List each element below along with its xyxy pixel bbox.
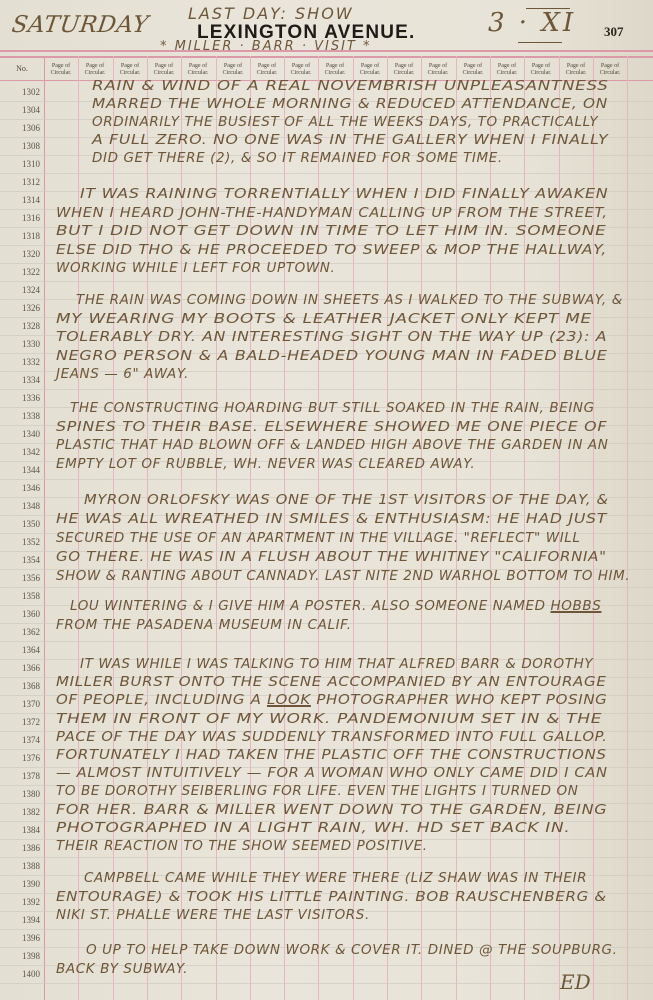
date-underline [518, 42, 562, 43]
row-number: 1376 [12, 753, 40, 763]
handwritten-line: DID GET THERE (2), & SO IT REMAINED FOR … [92, 150, 503, 166]
row-number: 1312 [12, 177, 40, 187]
row-number: 1372 [12, 717, 40, 727]
row-line [0, 983, 653, 984]
header-rule-top [0, 50, 653, 52]
handwritten-line: NIKI ST. PHALLE WERE THE LAST VISITORS. [56, 907, 370, 923]
column-header-page-of-circular: Page ofCircular. [456, 59, 490, 80]
column-header-page-of-circular: Page ofCircular. [387, 59, 421, 80]
handwritten-line: ORDINARILY THE BUSIEST OF ALL THE WEEKS … [92, 114, 598, 130]
row-number: 1366 [12, 663, 40, 673]
column-line [44, 56, 45, 1000]
row-number: 1346 [12, 483, 40, 493]
row-number: 1370 [12, 699, 40, 709]
column-header-page-of-circular: Page ofCircular. [250, 59, 284, 80]
handwritten-line: WHEN I HEARD JOHN-THE-HANDYMAN CALLING U… [56, 205, 608, 221]
row-number: 1324 [12, 285, 40, 295]
handwritten-line: JEANS — 6" AWAY. [56, 366, 189, 382]
row-number: 1328 [12, 321, 40, 331]
header-note-top: LAST DAY: SHOW [188, 4, 354, 23]
underlined-word: LOOK [267, 692, 311, 708]
handwritten-line: RAIN & WIND OF A REAL NOVEMBRISH UNPLEAS… [92, 78, 609, 94]
row-number: 1386 [12, 843, 40, 853]
column-line [78, 56, 79, 1000]
row-number: 1374 [12, 735, 40, 745]
row-number: 1314 [12, 195, 40, 205]
handwritten-line: WORKING WHILE I LEFT FOR UPTOWN. [56, 260, 335, 276]
row-number: 1350 [12, 519, 40, 529]
row-number: 1392 [12, 897, 40, 907]
row-number: 1318 [12, 231, 40, 241]
row-number: 1400 [12, 969, 40, 979]
handwritten-line: THE CONSTRUCTING HOARDING BUT STILL SOAK… [70, 400, 595, 416]
handwritten-line: IT WAS RAINING TORRENTIALLY WHEN I DID F… [80, 186, 608, 202]
handwritten-line: THE RAIN WAS COMING DOWN IN SHEETS AS I … [76, 292, 623, 308]
handwritten-line: OF PEOPLE, INCLUDING A LOOK PHOTOGRAPHER… [56, 692, 607, 708]
row-number: 1334 [12, 375, 40, 385]
handwritten-line: NEGRO PERSON & A BALD-HEADED YOUNG MAN I… [56, 348, 608, 364]
row-number: 1348 [12, 501, 40, 511]
row-line [0, 929, 653, 930]
column-header-page-of-circular: Page ofCircular. [593, 59, 627, 80]
row-line [0, 857, 653, 858]
signature: ED [560, 970, 591, 994]
row-number: 1364 [12, 645, 40, 655]
handwritten-line: ENTOURAGE) & TOOK HIS LITTLE PAINTING. B… [56, 889, 607, 905]
column-header-row: No.Page ofCircular.Page ofCircular.Page … [0, 59, 653, 80]
header-rule-mid [0, 56, 653, 58]
column-header-page-of-circular: Page ofCircular. [524, 59, 558, 80]
handwritten-line: BUT I DID NOT GET DOWN IN TIME TO LET HI… [56, 223, 607, 239]
row-number: 1384 [12, 825, 40, 835]
row-line [0, 281, 653, 282]
handwritten-line: LOU WINTERING & I GIVE HIM A POSTER. ALS… [70, 598, 601, 614]
handwritten-line: HE WAS ALL WREATHED IN SMILES & ENTHUSIA… [56, 511, 607, 527]
row-number: 1382 [12, 807, 40, 817]
row-number: 1368 [12, 681, 40, 691]
handwritten-line: O UP TO HELP TAKE DOWN WORK & COVER IT. … [86, 942, 618, 958]
column-line [627, 56, 628, 1000]
column-header-page-of-circular: Page ofCircular. [44, 59, 78, 80]
date-overline [526, 8, 570, 9]
row-number: 1356 [12, 573, 40, 583]
handwritten-line: TO BE DOROTHY SEIBERLING FOR LIFE. EVEN … [56, 783, 578, 799]
column-header-page-of-circular: Page ofCircular. [78, 59, 112, 80]
row-line [0, 587, 653, 588]
handwritten-line: FROM THE PASADENA MUSEUM IN CALIF. [56, 617, 352, 633]
row-number: 1320 [12, 249, 40, 259]
handwritten-line: MILLER BURST ONTO THE SCENE ACCOMPANIED … [56, 674, 606, 690]
column-header-page-of-circular: Page ofCircular. [318, 59, 352, 80]
column-header-page-of-circular: Page ofCircular. [284, 59, 318, 80]
row-number: 1308 [12, 141, 40, 151]
date: 3 · XI [488, 8, 576, 38]
row-number: 1340 [12, 429, 40, 439]
column-header-page-of-circular: Page ofCircular. [421, 59, 455, 80]
row-number: 1380 [12, 789, 40, 799]
handwritten-line: ELSE DID THO & HE PROCEEDED TO SWEEP & M… [56, 242, 607, 258]
day-heading: SATURDAY [10, 12, 150, 38]
row-number: 1390 [12, 879, 40, 889]
handwritten-line: — ALMOST INTUITIVELY — FOR A WOMAN WHO O… [56, 765, 608, 781]
handwritten-line: FOR HER. BARR & MILLER WENT DOWN TO THE … [56, 802, 607, 818]
handwritten-line: MARRED THE WHOLE MORNING & REDUCED ATTEN… [92, 96, 608, 112]
handwritten-line: THEIR REACTION TO THE SHOW SEEMED POSITI… [56, 838, 428, 854]
row-number: 1360 [12, 609, 40, 619]
row-number: 1358 [12, 591, 40, 601]
handwritten-line: SECURED THE USE OF AN APARTMENT IN THE V… [56, 530, 581, 546]
column-header-page-of-circular: Page ofCircular. [216, 59, 250, 80]
row-line [0, 641, 653, 642]
column-header-page-of-circular: Page ofCircular. [113, 59, 147, 80]
row-number: 1362 [12, 627, 40, 637]
row-number: 1396 [12, 933, 40, 943]
column-header-page-of-circular: Page ofCircular. [353, 59, 387, 80]
handwritten-line: SHOW & RANTING ABOUT CANNADY. LAST NITE … [56, 568, 630, 584]
handwritten-line: BACK BY SUBWAY. [56, 961, 188, 977]
row-number: 1394 [12, 915, 40, 925]
handwritten-line: TOLERABLY DRY. AN INTERESTING SIGHT ON T… [56, 329, 607, 345]
row-number: 1388 [12, 861, 40, 871]
row-number: 1310 [12, 159, 40, 169]
handwritten-line: THEM IN FRONT OF MY WORK. PANDEMONIUM SE… [56, 711, 602, 727]
row-line [0, 389, 653, 390]
handwritten-line: CAMPBELL CAME WHILE THEY WERE THERE (LIZ… [84, 870, 587, 886]
row-number: 1338 [12, 411, 40, 421]
handwritten-line: PLASTIC THAT HAD BLOWN OFF & LANDED HIGH… [56, 437, 608, 453]
row-number: 1354 [12, 555, 40, 565]
row-number: 1330 [12, 339, 40, 349]
handwritten-line: MYRON ORLOFSKY WAS ONE OF THE 1ST VISITO… [84, 492, 609, 508]
row-number: 1316 [12, 213, 40, 223]
row-number: 1326 [12, 303, 40, 313]
page-number: 307 [604, 24, 624, 40]
handwritten-line: MY WEARING MY BOOTS & LEATHER JACKET ONL… [56, 311, 592, 327]
column-header-page-of-circular: Page ofCircular. [181, 59, 215, 80]
handwritten-line: GO THERE. HE WAS IN A FLUSH ABOUT THE WH… [56, 549, 607, 565]
row-number: 1398 [12, 951, 40, 961]
row-line [0, 173, 653, 174]
column-header-page-of-circular: Page ofCircular. [559, 59, 593, 80]
row-number: 1304 [12, 105, 40, 115]
row-number: 1332 [12, 357, 40, 367]
row-number: 1322 [12, 267, 40, 277]
handwritten-line: SPINES TO THEIR BASE. ELSEWHERE SHOWED M… [56, 419, 607, 435]
row-number: 1378 [12, 771, 40, 781]
handwritten-line: A FULL ZERO. NO ONE WAS IN THE GALLERY W… [92, 132, 608, 148]
row-number: 1302 [12, 87, 40, 97]
handwritten-line: FORTUNATELY I HAD TAKEN THE PLASTIC OFF … [56, 747, 607, 763]
ledger-page: SATURDAY LAST DAY: SHOW LEXINGTON AVENUE… [0, 0, 653, 1000]
column-header-page-of-circular: Page ofCircular. [490, 59, 524, 80]
row-number: 1342 [12, 447, 40, 457]
handwritten-line: PACE OF THE DAY WAS SUDDENLY TRANSFORMED… [56, 729, 607, 745]
underlined-word: HOBBS [551, 598, 602, 614]
row-number: 1344 [12, 465, 40, 475]
handwritten-line: IT WAS WHILE I WAS TALKING TO HIM THAT A… [80, 656, 593, 672]
row-line [0, 479, 653, 480]
handwritten-line: PHOTOGRAPHED IN A LIGHT RAIN, WH. HD SET… [56, 820, 571, 836]
row-number: 1352 [12, 537, 40, 547]
column-header-page-of-circular: Page ofCircular. [147, 59, 181, 80]
row-number: 1306 [12, 123, 40, 133]
row-number: 1336 [12, 393, 40, 403]
handwritten-line: EMPTY LOT OF RUBBLE, WH. NEVER WAS CLEAR… [56, 456, 475, 472]
column-header-number: No. [0, 59, 44, 80]
